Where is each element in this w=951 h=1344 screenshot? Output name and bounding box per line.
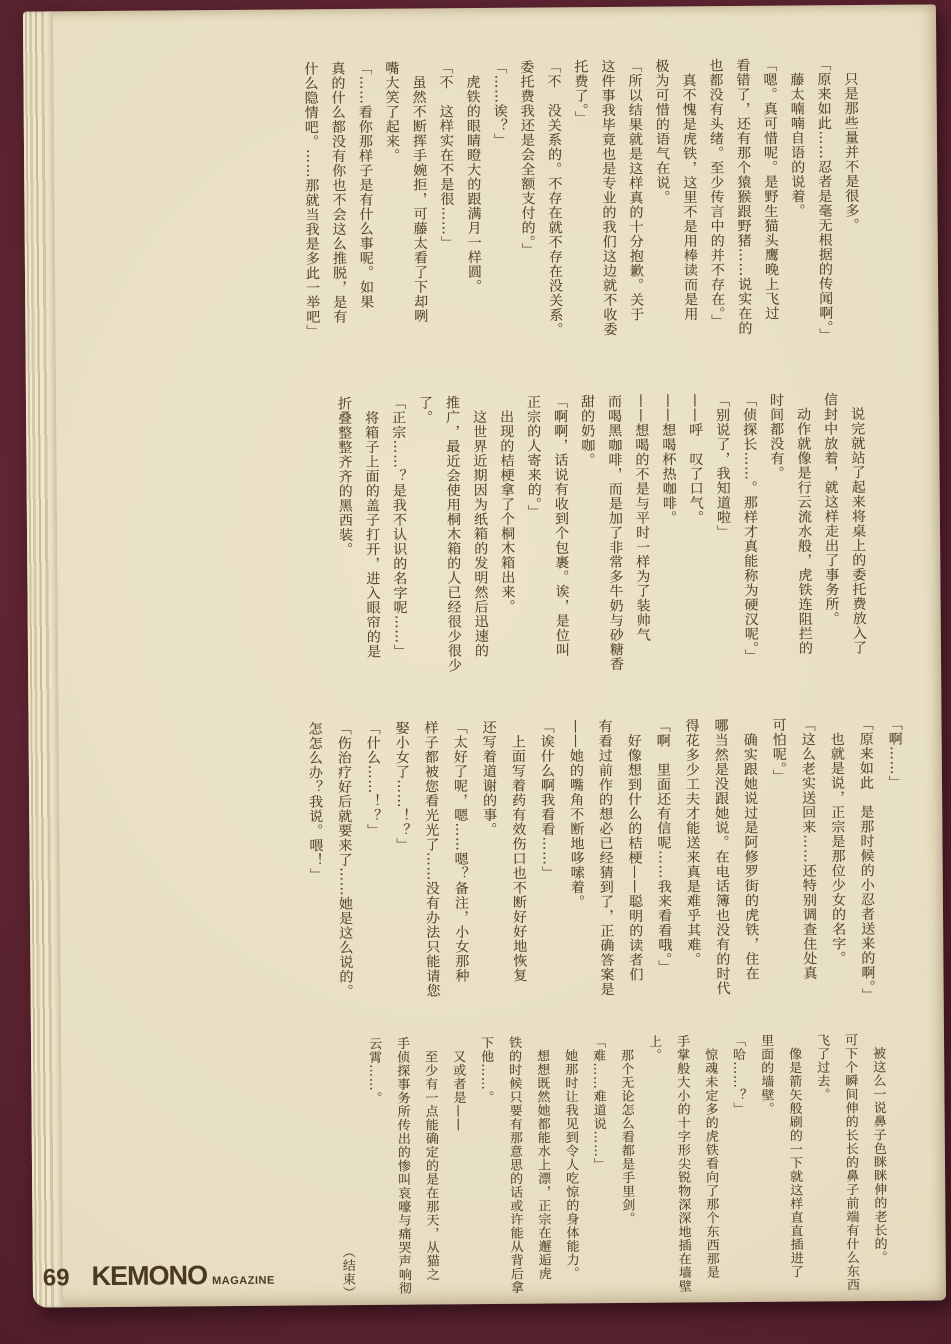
- text-column: 藤太喃喃自语的说着。: [782, 57, 811, 349]
- text-column: 「啊啊，话说有收到个包裹。诶，是位叫: [546, 394, 575, 696]
- text-column: 惊魂未定多的虎铁看向了那个东西那是: [695, 1034, 725, 1296]
- text-column: 「难……难道说……」: [583, 1035, 613, 1297]
- text-column: 虽然不断挥手婉拒，可藤太看了下却咧: [404, 60, 433, 352]
- text-column: 里面的墙壁。: [751, 1034, 781, 1296]
- text-column: 可怕呢。」: [763, 718, 794, 1030]
- text-column: 看错了，还有那个猿猴跟野猪……说实在的: [728, 58, 757, 350]
- page-edges: [23, 11, 63, 1307]
- text-column: 动作就像是行云流水般，虎铁连阻拦的: [789, 392, 818, 694]
- text-column: 「这么老实送回来……还特别调查住处真: [792, 717, 823, 1029]
- text-column: 怎怎么办？我说。喂！」: [300, 721, 331, 1033]
- text-column: 她那时让我见到令人吃惊的身体能力。: [555, 1035, 585, 1297]
- text-column: 而喝黑咖啡，而是加了非常多牛奶与砂糖香: [600, 394, 629, 696]
- text-column: 有看过前作的想必已经猜到了，正确答案是: [589, 719, 620, 1031]
- text-column: 得花多少工夫才能送来真是难乎其难。: [676, 718, 707, 1030]
- page-footer: 69 KEMONO MAGAZINE: [43, 1260, 275, 1292]
- text-column: 可下个瞬间伸的长长的鼻子前端有什么东西: [835, 1033, 865, 1295]
- text-column: 「原来如此 是那时候的小忍者送来的啊。」: [850, 717, 881, 1029]
- text-column: 「嗯。真可惜呢。是野生猫头鹰晚上飞过: [755, 58, 784, 350]
- magazine-logo-suffix: MAGAZINE: [212, 1275, 275, 1287]
- text-column: 还写着道谢的事。: [474, 720, 505, 1032]
- text-column: 像是箭矢般刷的一下就这样直直插进了: [779, 1033, 809, 1295]
- text-column: 「什么……！？」: [358, 721, 389, 1033]
- text-column: 被这么一说鼻子色眯眯伸的老长的。: [863, 1033, 893, 1295]
- text-column: 委托费我还是会全额支付的。」: [512, 60, 541, 352]
- text-column: 折叠整整齐齐的黑西装。: [330, 396, 359, 698]
- text-column: 这世界近期因为纸箱的发明然后迅速的: [465, 395, 494, 697]
- text-column: 「……看你那样子是有什么事呢。如果: [350, 61, 379, 353]
- text-column: 上面写着药有效伤口也不断好好地恢复: [503, 720, 534, 1032]
- text-column: 说完就站了起来将桌上的委托费放入了: [843, 392, 872, 694]
- text-column: ——想喝的不是与平时一样为了装帅气: [627, 394, 656, 696]
- page-number: 69: [43, 1264, 70, 1292]
- text-band-1: 只是那些量并不是很多。「原来如此……忍者是毫无根据的传闻啊。」 藤太喃喃自语的说…: [296, 57, 865, 353]
- text-column: 手掌般大小的十字形尖锐物深深地插在墙壁: [667, 1034, 697, 1296]
- magazine-page: 只是那些量并不是很多。「原来如此……忍者是毫无根据的传闻啊。」 藤太喃喃自语的说…: [23, 4, 946, 1307]
- text-column: 「侦探长……。那样才真能称为硬汉呢。」: [735, 393, 764, 695]
- text-column: 想想既然她都能水上漂，正宗在邂逅虎: [527, 1035, 557, 1297]
- text-column: 信封中放着，就这样走出了事务所。: [816, 392, 845, 694]
- text-column: 极为可惜的语气在说。: [647, 58, 676, 350]
- text-column: 「诶什么啊我看看……」: [532, 719, 563, 1031]
- text-column: 「原来如此……忍者是毫无根据的传闻啊。」: [809, 57, 838, 349]
- text-column: 又或者是——: [443, 1036, 473, 1298]
- text-column: 「伤治疗好后就要来了……她是这么说的。: [329, 721, 360, 1033]
- text-column: 嘴大笑了起来。: [377, 61, 406, 353]
- text-column: 将箱子上面的盖子打开，进入眼帘的是: [357, 396, 386, 698]
- text-column: 也就是说，正宗是那位少女的名字。: [821, 717, 852, 1029]
- text-column: 上。: [639, 1035, 669, 1297]
- text-column: 什么隐情吧。……那就当我是多此一举吧」: [296, 61, 325, 353]
- book-cover: 只是那些量并不是很多。「原来如此……忍者是毫无根据的传闻啊。」 藤太喃喃自语的说…: [0, 0, 951, 1344]
- text-column: ——想喝杯热咖啡。: [654, 393, 683, 695]
- text-column: 「别说了，我知道啦」: [708, 393, 737, 695]
- text-column: 「啊……」: [879, 717, 910, 1029]
- text-column: 出现的桔梗拿了个桐木箱出来。: [492, 395, 521, 697]
- text-column: 推广，最近会使用桐木箱的人已经很少很少: [438, 395, 467, 697]
- text-column: 时间都没有。: [762, 393, 791, 695]
- text-column: 「不 这样实在不是很……」: [431, 60, 460, 352]
- text-column: 甜的奶咖。: [573, 394, 602, 696]
- text-column: 飞了过去。: [807, 1033, 837, 1295]
- text-column: 「太好了呢，嗯……嗯？备注，小女那种: [445, 720, 476, 1032]
- text-column: 那个无论怎么看都是手里剑。: [611, 1035, 641, 1297]
- text-column: 只是那些量并不是很多。: [836, 57, 865, 349]
- text-column: 正宗的人寄来的。」: [519, 395, 548, 697]
- text-column: 「哈……？」: [723, 1034, 753, 1296]
- text-column: 「啊 里面还有信呢……我来看看哦。」: [647, 718, 678, 1030]
- text-column: 也都没有头绪。至少传言中的并不存在。」: [701, 58, 730, 350]
- text-column: 这件事我毕竟也是专业的我们这边就不收委: [593, 59, 622, 351]
- text-column: 铁的时候只要有那意思的话或许能从背后拿: [499, 1036, 529, 1298]
- text-column: 「正宗……？是我不认识的名字呢……」: [384, 396, 413, 698]
- text-column: 下他……。: [471, 1036, 501, 1298]
- magazine-logo: KEMONO: [91, 1260, 207, 1292]
- text-column: 手侦探事务所传出的惨叫哀嚎与痛哭声响彻: [387, 1037, 417, 1299]
- text-column: ——她的嘴角不断地哆嗦着。: [561, 719, 592, 1031]
- text-column: 至少有一点能确定的是在那天，从猫之: [415, 1036, 445, 1298]
- text-column: 虎铁的眼睛瞪大的跟满月一样圆。: [458, 60, 487, 352]
- text-column: 真的什么都没有你也不会这么推脱，是有: [323, 61, 352, 353]
- text-column: （结束）: [331, 1037, 361, 1299]
- text-column: 哪当然是没跟她说。在电话簿也没有的时代: [705, 718, 736, 1030]
- text-column: 「不 没关系的。不存在就不存在没关系。: [539, 59, 568, 351]
- text-column: 确实跟她说过是阿修罗街的虎铁，住在: [734, 718, 765, 1030]
- text-column: 了。: [411, 395, 440, 697]
- text-column: 真不愧是虎铁，这里不是用棒读而是用: [674, 58, 703, 350]
- text-column: 「……诶？」: [485, 60, 514, 352]
- text-band-2: 说完就站了起来将桌上的委托费放入了信封中放着，就这样走出了事务所。 动作就像是行…: [330, 392, 872, 698]
- text-column: ——呼 叹了口气。: [681, 393, 710, 695]
- text-column: 样子都被您看光光了……没有办法只能请您: [416, 720, 447, 1032]
- text-column: 好像想到什么的桔梗——聪明的读者们: [618, 719, 649, 1031]
- text-column: 托费了。」: [566, 59, 595, 351]
- text-band-4: 被这么一说鼻子色眯眯伸的老长的。可下个瞬间伸的长长的鼻子前端有什么东西飞了过去。…: [331, 1033, 893, 1299]
- text-band-3: 「啊……」「原来如此 是那时候的小忍者送来的啊。」 也就是说，正宗是那位少女的名…: [300, 717, 911, 1034]
- text-column: 「所以结果就是这样真的十分抱歉。关于: [620, 59, 649, 351]
- text-column: 云霄……。: [359, 1037, 389, 1299]
- text-column: 娶小女了……！？」: [387, 721, 418, 1033]
